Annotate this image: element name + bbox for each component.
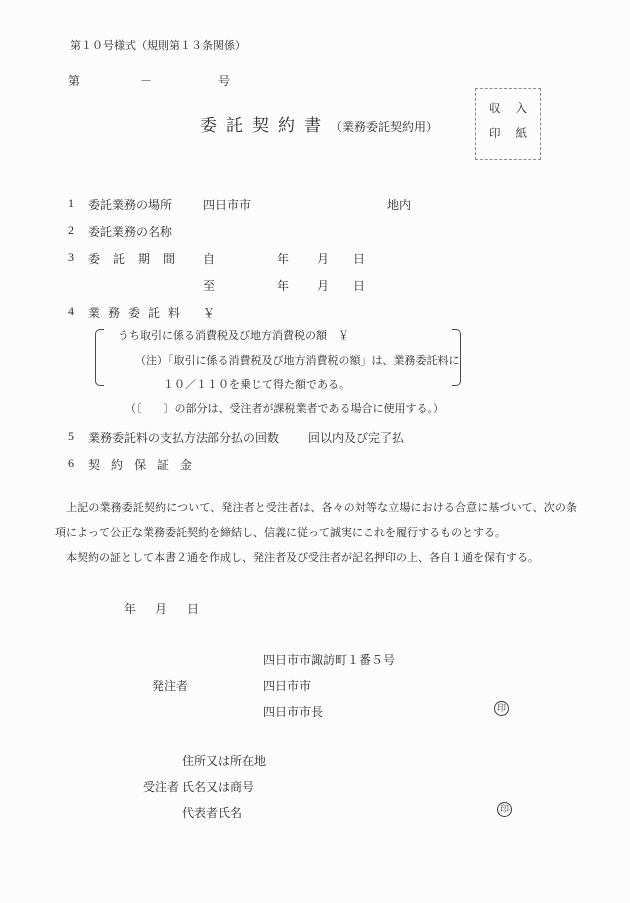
document-title: 委託契約書 [200, 116, 330, 135]
item-3-from: 自 [203, 250, 215, 267]
form-number: 第１０号様式（規則第１３条関係） [70, 37, 246, 53]
contractor-role-label: 受注者 [143, 778, 179, 795]
item-5-mid-label: 部分払の回数 [207, 429, 279, 446]
item-3-to: 至 [203, 277, 215, 294]
date-year-label: 年 [124, 600, 136, 617]
orderer-seal-icon: 印 [494, 701, 509, 716]
item-1-value: 四日市市 [203, 196, 251, 213]
item-6-label: 契約保証金 [88, 456, 203, 473]
document-title-row: 委託契約書（業務委託契約用） [200, 111, 438, 136]
item-4-label: 業務委託料 [88, 304, 188, 321]
item-4-currency: ￥ [203, 304, 215, 321]
orderer-name: 四日市市 [263, 677, 311, 694]
stamp-box-row-2: 印 紙 [476, 125, 540, 141]
contractor-representative-label: 代表者氏名 [182, 804, 242, 821]
item-3-row2-year: 年 [277, 277, 289, 294]
item-3-number: 3 [68, 250, 74, 265]
contractor-address-label: 住所又は所在地 [182, 752, 266, 769]
date-day-label: 日 [187, 600, 199, 617]
doc-number-prefix: 第 [68, 72, 80, 89]
body-paragraphs: 上記の業務委託契約について、発注者と受注者は、各々の対等な立場における合意に基づ… [55, 496, 577, 571]
item-1-suffix: 地内 [387, 196, 411, 213]
document-title-note: （業務委託契約用） [330, 120, 438, 134]
item-2-label: 委託業務の名称 [88, 223, 172, 240]
item-3-row1-day: 日 [353, 250, 365, 267]
tax-note-line-3: １０／１１０を乗じて得た額である。 [163, 376, 350, 392]
item-5-label: 業務委託料の支払方法 [88, 429, 208, 446]
body-paragraph-1: 上記の業務委託契約について、発注者と受注者は、各々の対等な立場における合意に基づ… [55, 496, 577, 546]
item-5-suffix: 回以内及び完了払 [308, 429, 404, 446]
item-3-label: 委託期間 [88, 250, 188, 267]
item-3-row2-day: 日 [353, 277, 365, 294]
stamp-box-row-1: 収 入 [476, 100, 540, 116]
orderer-address: 四日市市諏訪町１番５号 [263, 651, 395, 668]
item-1-number: 1 [68, 196, 74, 211]
tax-note-line-2: （注）「取引に係る消費税及び地方消費税の額」は、業務委託料に [135, 352, 460, 368]
revenue-stamp-box: 収 入 印 紙 [475, 88, 541, 160]
left-bracket-icon [95, 329, 104, 386]
contract-document-page: 第１０号様式（規則第１３条関係） 第 － 号 委託契約書（業務委託契約用） 収 … [0, 0, 630, 903]
body-paragraph-2: 本契約の証として本書２通を作成し、発注者及び受注者が記名押印の上、各自１通を保有… [55, 546, 577, 571]
item-5-number: 5 [68, 429, 74, 444]
item-3-row1-year: 年 [277, 250, 289, 267]
stamp-char-shu: 収 [489, 100, 501, 116]
item-1-label: 委託業務の場所 [88, 196, 172, 213]
date-month-label: 月 [155, 600, 167, 617]
tax-note-line-1: うち取引に係る消費税及び地方消費税の額 ￥ [118, 327, 349, 343]
item-4-number: 4 [68, 304, 74, 319]
contractor-seal-icon: 印 [497, 802, 512, 817]
doc-number-suffix: 号 [218, 72, 230, 89]
orderer-role-label: 発注者 [152, 677, 188, 694]
item-6-number: 6 [68, 456, 74, 471]
item-3-row1-month: 月 [317, 250, 329, 267]
stamp-char-shi: 紙 [516, 125, 528, 141]
stamp-char-in: 印 [489, 125, 501, 141]
item-3-row2-month: 月 [317, 277, 329, 294]
contractor-name-label: 氏名又は商号 [182, 778, 254, 795]
stamp-char-nyu: 入 [516, 100, 528, 116]
tax-note-usage: （〔 〕の部分は、受注者が課税業者である場合に使用する。） [125, 400, 444, 416]
orderer-title: 四日市市長 [263, 703, 323, 720]
doc-number-dash: － [140, 72, 152, 89]
item-2-number: 2 [68, 223, 74, 238]
